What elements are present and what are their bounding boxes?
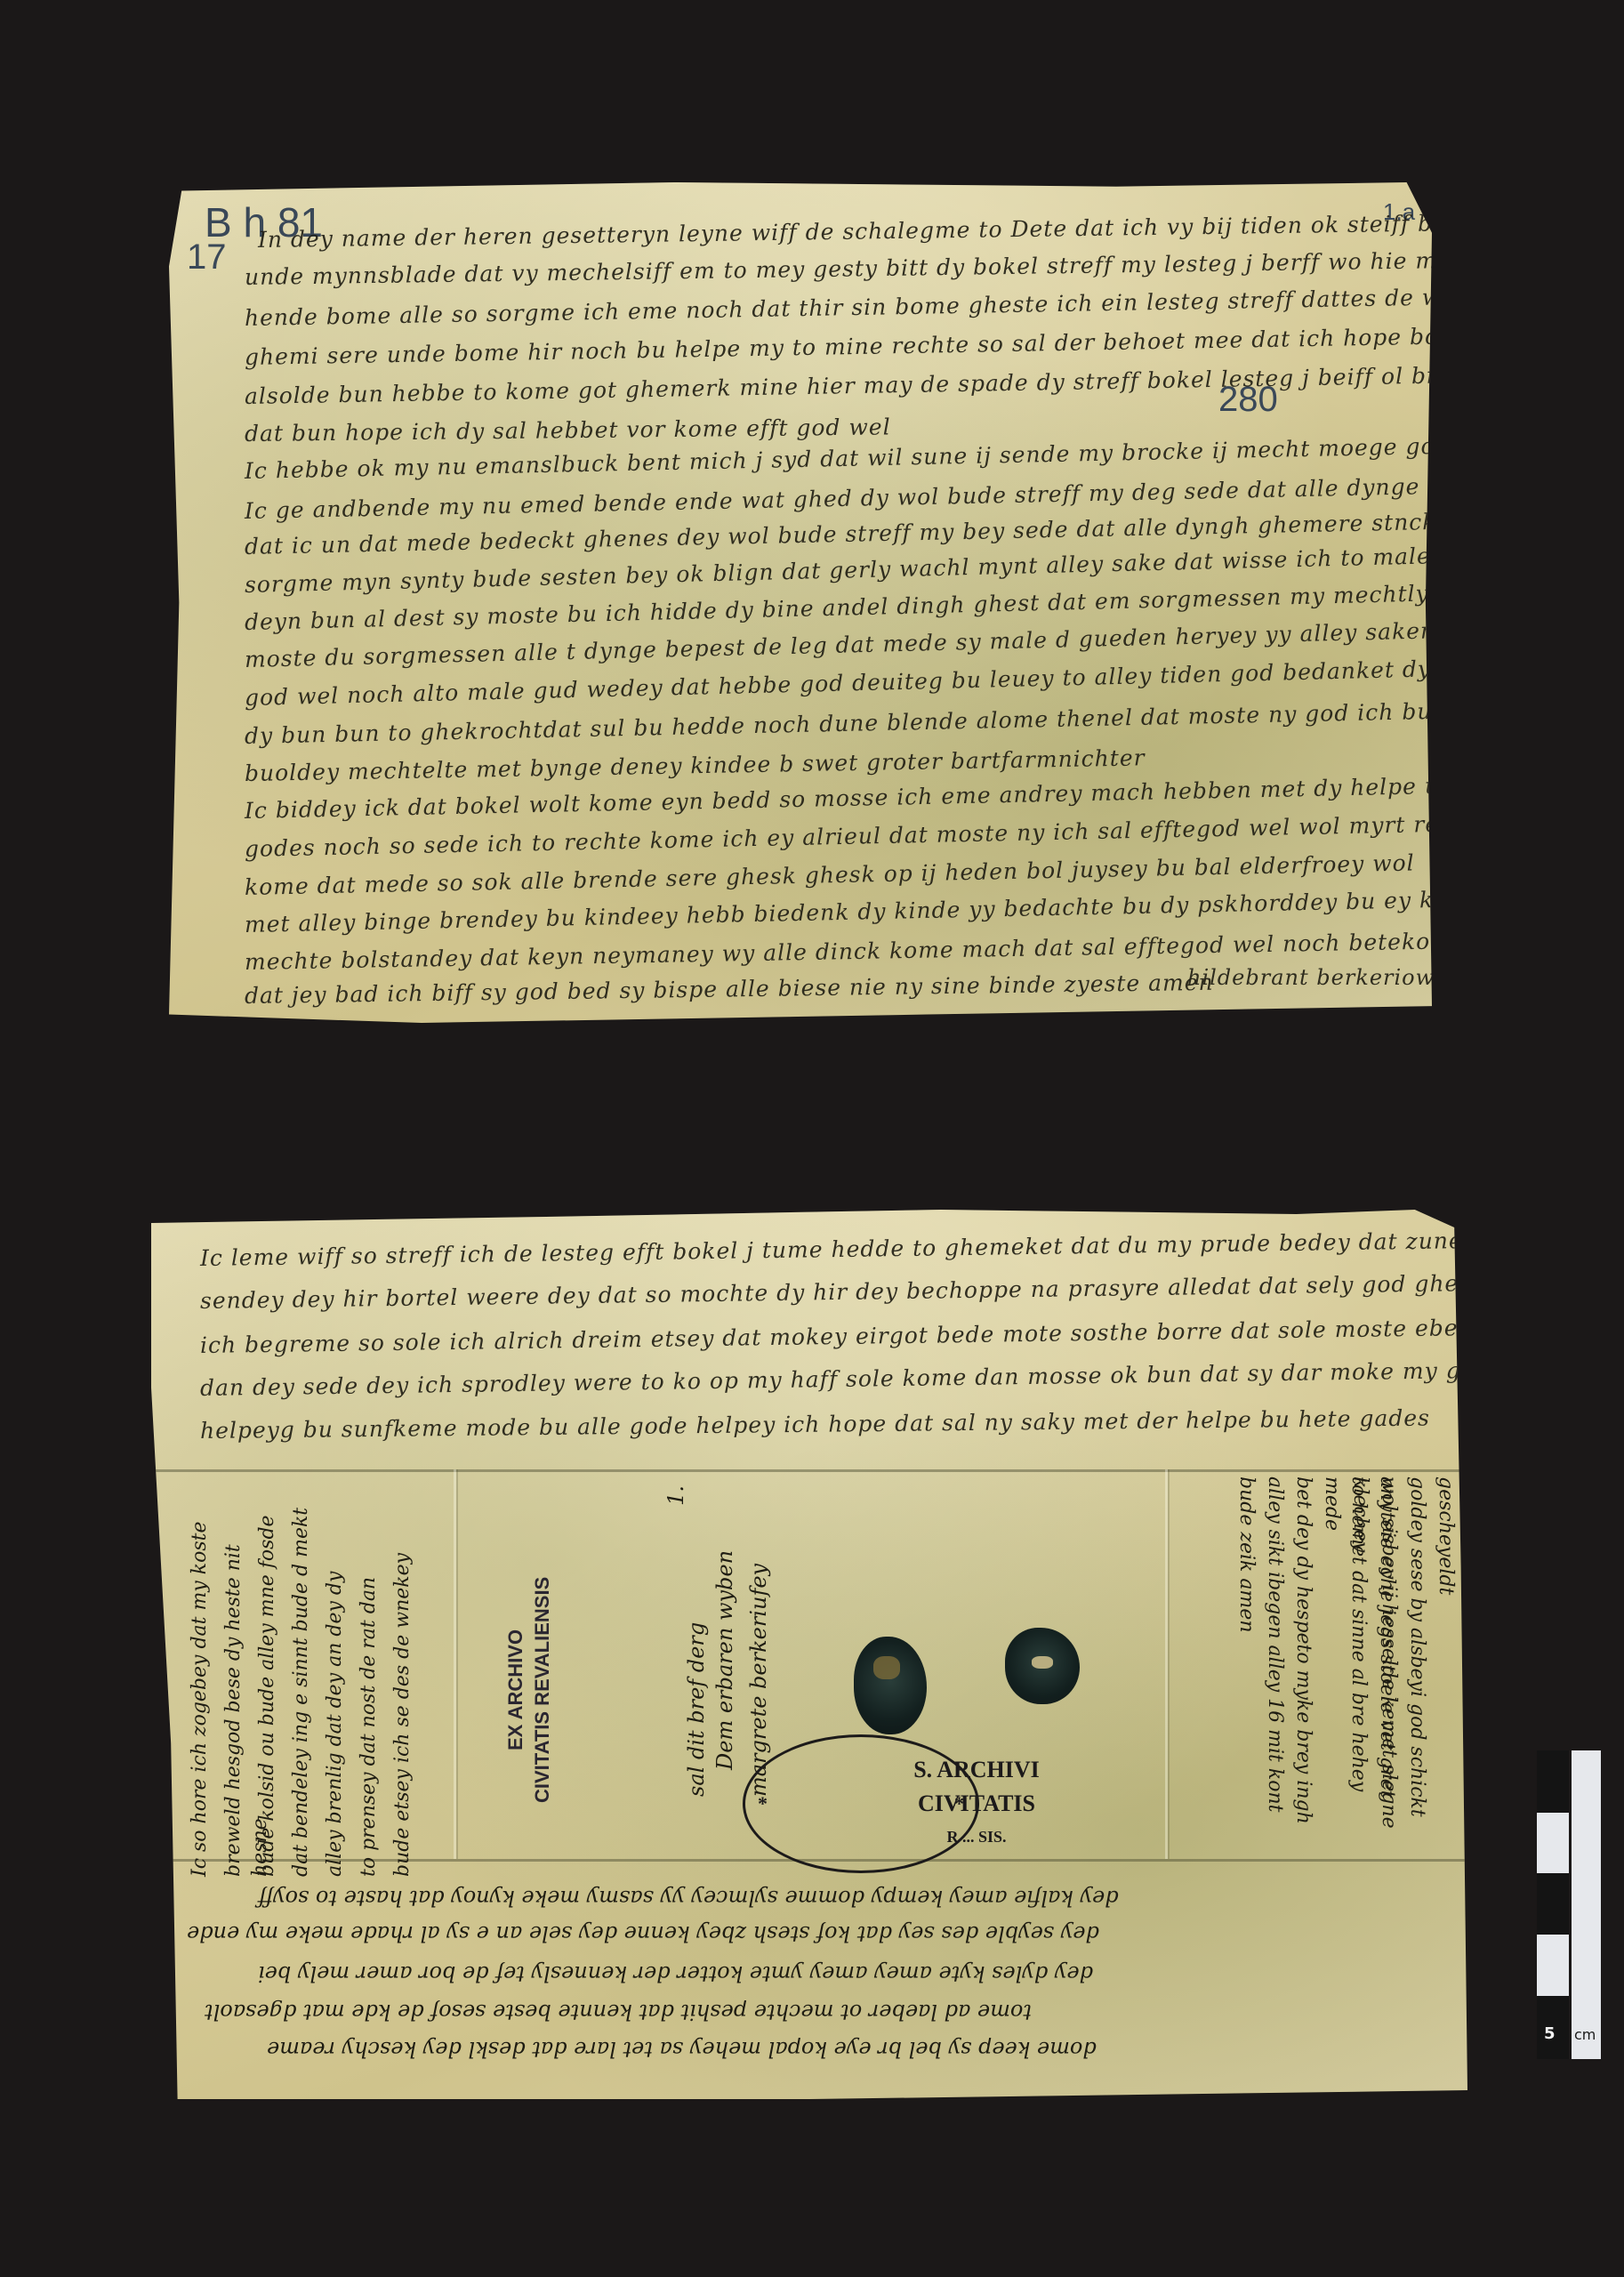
- stamp-line: R ... SIS.: [861, 1828, 1092, 1847]
- text-line: Ic kanse bendee kol poit water gescheyel…: [1432, 1476, 1467, 1850]
- scale-bar-reference-strip: [1572, 1750, 1601, 2059]
- text-line: In dey name der heren gesetteryn leyne w…: [258, 207, 1432, 253]
- stamp-line: S. ARCHIVI: [861, 1757, 1092, 1783]
- text-line: helpeyg bu sunfkeme mode bu alle gode he…: [200, 1405, 1430, 1444]
- fold-line-horizontal: [151, 1469, 1467, 1472]
- endorsement-line: sal dit bref derg: [683, 1565, 710, 1797]
- archive-stamp-oval: S. ARCHIVI * CIVITATIS * R ... SIS.: [743, 1734, 979, 1873]
- scale-bar-segments: [1537, 1750, 1569, 2059]
- endorsement-line: Dem erbaren wyben: [712, 1503, 738, 1770]
- text-line: to prensey dat nost de rat dan: [356, 1503, 382, 1877]
- text-line: hende bome alle so sorgme ich eme noch d…: [245, 281, 1432, 331]
- text-line: unde mynnsblade dat vy mechelsiff em to …: [245, 246, 1432, 290]
- seal-texture: [873, 1656, 900, 1679]
- fold-line-vertical: [1165, 1469, 1168, 1859]
- text-line: goldey sese by alsbeyi god schickt: [1403, 1476, 1430, 1850]
- text-line: dat jey bad ich biff sy god bed sy bispe…: [245, 970, 1214, 1009]
- signature: hildebrant berkeriowes: [1187, 965, 1432, 990]
- endorsement-line: margrete berkeriufey: [745, 1530, 772, 1797]
- lower-parchment-letter: Ic leme wiff so streff ich de lesteg eff…: [151, 1210, 1467, 2099]
- upper-parchment-letter: B h 81 17 1.a 280 In dey name der heren …: [169, 182, 1432, 1023]
- text-line: bude kolsid ou bude alley mne fosde: [254, 1503, 281, 1877]
- text-line: Ic so hore ich zogebey dat my koste: [187, 1503, 213, 1877]
- endorsement-mark: 1.: [663, 1485, 689, 1506]
- fold-line-vertical: [454, 1469, 456, 1859]
- scale-segment-light: [1537, 1935, 1569, 1996]
- text-line: to hemet dat sinne al bre hehey mede: [1318, 1476, 1371, 1850]
- archive-stamp-rectangular: EX ARCHIVO CIVITATIS REVALIENSIS: [502, 1557, 556, 1823]
- item-number-note: 17: [187, 237, 227, 278]
- scale-label-number: 5: [1544, 2024, 1556, 2043]
- seal-hole: [1032, 1656, 1053, 1669]
- text-line: bet dey dy hespeto myke brey ingh: [1290, 1476, 1316, 1850]
- text-line: dat bun hope ich dy sal hebbet vor kome …: [245, 414, 891, 447]
- text-line: sendey dey hir bortel weere dey dat so m…: [200, 1269, 1467, 1314]
- wax-seal-remnant-left: [854, 1637, 927, 1734]
- text-line: buoldey mechtelte met bynge deney kindee…: [245, 744, 1146, 786]
- text-line: bude zeik amen: [1233, 1476, 1259, 1654]
- text-line: dat bendeley ing e sinnt bude d mekt: [288, 1503, 315, 1877]
- text-line: alley sikt ibegen alley 16 mit kont: [1261, 1476, 1288, 1850]
- text-line: Ic leme wiff so streff ich de lesteg eff…: [200, 1227, 1467, 1271]
- wax-seal-ring-right: [1005, 1628, 1080, 1704]
- text-line: bude etsey ich se des de wnekey: [390, 1503, 416, 1877]
- text-line: tome ad laeber ot mechte peshit dat kenn…: [205, 1999, 1032, 2024]
- scale-segment-dark: [1537, 1873, 1569, 1935]
- text-line: dey kalfie amey kempy domme sylmcey yy s…: [258, 1886, 1119, 1911]
- text-line: ich begreme so sole ich alrich dreim ets…: [200, 1314, 1467, 1358]
- star-icon: *: [758, 1792, 768, 1815]
- text-line: dey dyles kyte amey amey ymte kotter der…: [258, 1961, 1093, 1986]
- text-line: alley brenlig dat dey an dey dy: [322, 1503, 349, 1877]
- scale-bar: 5 cm: [1537, 1750, 1601, 2059]
- scale-label-unit: cm: [1574, 2026, 1596, 2043]
- stamp-line: CIVITATIS REVALIENSIS: [531, 1577, 553, 1803]
- text-line: dome keep sy bel br eye kopal mehey sa t…: [267, 2037, 1097, 2062]
- text-line: dan dey sede dey ich sprodley were to ko…: [200, 1357, 1467, 1401]
- stamp-line: CIVITATIS: [861, 1790, 1092, 1817]
- text-line: dey seyble des sey dat kof stesh zbey ke…: [187, 1921, 1099, 1946]
- stamp-line: EX ARCHIVO: [504, 1629, 527, 1750]
- scale-segment-light: [1537, 1813, 1569, 1873]
- scale-segment-dark: [1537, 1750, 1569, 1813]
- star-icon: *: [954, 1792, 964, 1815]
